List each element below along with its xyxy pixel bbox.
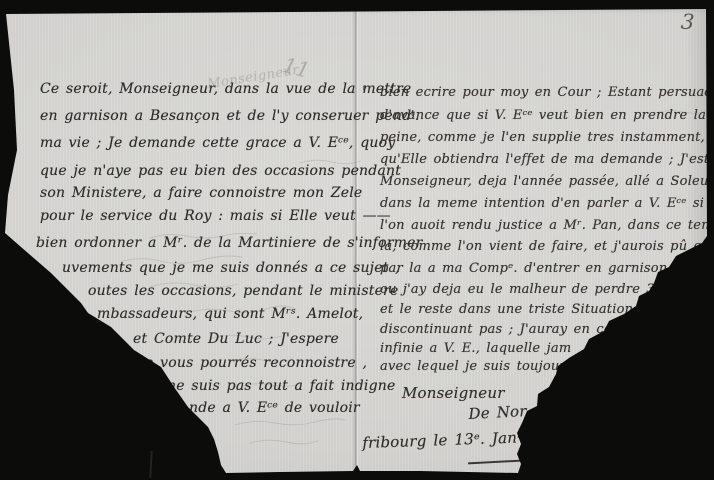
closing-salutation: Monseigneur — [402, 384, 505, 402]
left-text-line: pour le service du Roy : mais si Elle ve… — [40, 208, 391, 224]
right-text-line: Monseigneur, deja l'année passée, allé a… — [380, 174, 714, 189]
left-text-line: et Comte Du Luc ; J'espere — [133, 331, 339, 347]
right-text-line: ou j'ay deja eu le malheur de perdre 38. — [380, 282, 668, 297]
manuscript-scan: Monseigneur 11 3 Ce seroit, Monseigneur,… — [0, 0, 714, 480]
right-text-line: l'on auoit rendu justice a Mʳ. Pan, dans… — [380, 218, 714, 233]
right-text-line: discontinuant pas ; J'auray en ce — [380, 322, 612, 337]
left-text-line: son Ministere, a faire connoistre mon Ze… — [40, 185, 362, 201]
right-text-line: et le reste dans une triste Situation la… — [380, 302, 691, 317]
signature: De Nor — [468, 402, 527, 423]
left-text-line: outes les occasions, pendant le minister… — [88, 283, 398, 299]
right-text-line: d'avance que si V. Eᶜᵉ veut bien en pren… — [380, 108, 706, 123]
left-text-line: uvements que je me suis donnés a ce suje… — [62, 260, 400, 276]
left-text-line: en garnison a Besançon et de l'y conseru… — [40, 108, 420, 124]
paper-sheet: Monseigneur 11 3 Ce seroit, Monseigneur,… — [0, 0, 714, 480]
right-text-line: avec lequel je suis toujours — [380, 359, 573, 374]
right-text-line: par la a ma Compᵉ. d'entrer en garnison … — [380, 261, 713, 276]
left-text-line: bien ordonner a Mʳ. de la Martiniere de … — [36, 235, 423, 251]
left-text-line: e vous pourrés reconnoistre , — [145, 355, 367, 371]
right-margin-mark: ' — [362, 85, 366, 100]
right-text-line: dans la meme intention d'en parler a V. … — [380, 196, 704, 211]
left-text-line: Ce seroit, Monseigneur, dans la vue de l… — [40, 81, 411, 97]
folio-number: 3 — [680, 10, 695, 35]
left-text-line: ne suis pas tout a fait indigne — [167, 378, 395, 394]
left-text-line: ma vie ; Je demande cette grace a V. Eᶜᵉ… — [40, 135, 395, 151]
right-text-line: bien ecrire pour moy en Cour ; Estant pe… — [380, 85, 714, 100]
right-text-line: infinie a V. E., laquelle jam — [380, 341, 571, 356]
right-text-line: qu'Elle obtiendra l'effet de ma demande … — [380, 152, 714, 167]
film-scratch — [149, 451, 152, 478]
right-text-line: la, comme l'on vient de faire, et j'auro… — [380, 239, 714, 254]
left-text-line: mbassadeurs, qui sont Mʳˢ. Amelot, — [97, 306, 363, 322]
left-text-line: que je n'aye pas eu bien des occasions p… — [40, 163, 401, 179]
right-text-line: peine, comme je l'en supplie tres instam… — [380, 130, 714, 145]
left-text-line: nde a V. Eᶜᵉ de vouloir — [189, 400, 360, 416]
